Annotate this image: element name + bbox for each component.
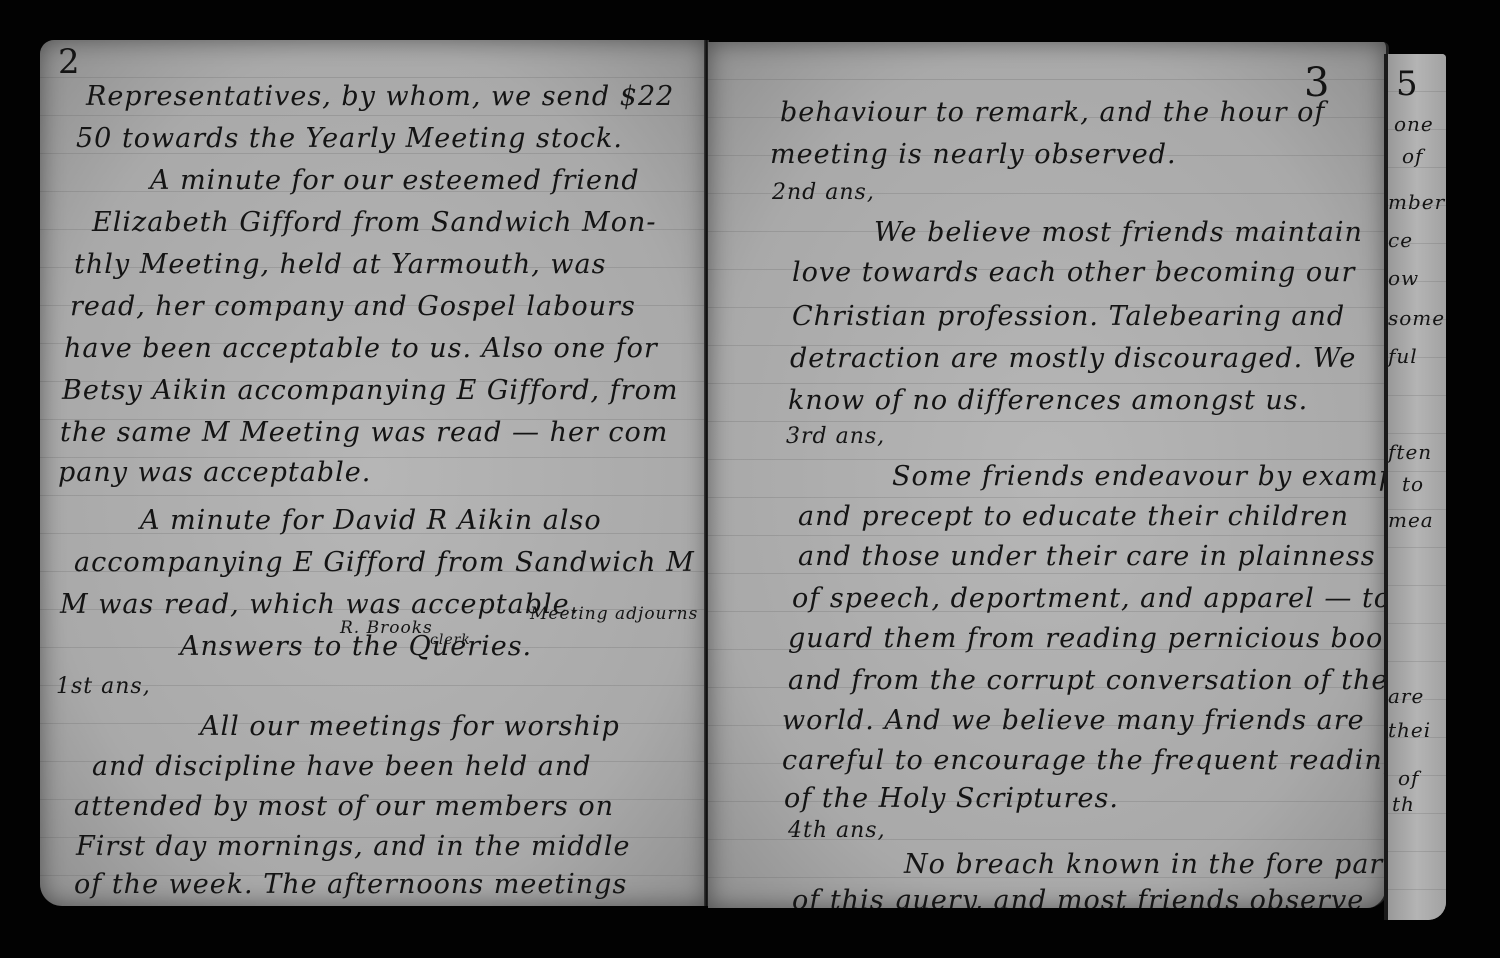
text-line: Christian profession. Talebearing and [792, 298, 1345, 336]
text-line: accompanying E Gifford from Sandwich M [74, 544, 695, 582]
text-fragment: of [1402, 144, 1423, 168]
text-line: 50 towards the Yearly Meeting stock. [76, 120, 623, 158]
text-fragment: th [1392, 792, 1415, 816]
text-line: Elizabeth Gifford from Sandwich Mon- [92, 204, 656, 242]
text-line: meeting is nearly observed. [770, 136, 1177, 174]
next-page-edge: 5 one of mber ce ow some ful ften to mea… [1384, 54, 1446, 920]
text-line: world. And we believe many friends are [782, 702, 1365, 740]
text-line: of the week. The afternoons meetings [74, 866, 627, 904]
answer-label: 4th ans, [788, 812, 886, 850]
text-line: We believe most friends maintain [874, 214, 1363, 252]
text-fragment: are [1388, 684, 1424, 708]
text-line: No breach known in the fore part [904, 846, 1389, 884]
right-page: 3 behaviour to remark, and the hour of m… [708, 42, 1389, 908]
text-line: read, her company and Gospel labours [70, 288, 636, 326]
text-line: M was read, which was acceptable. [60, 586, 579, 624]
text-line: and precept to educate their children [798, 498, 1349, 536]
text-line: Representatives, by whom, we send $22 [86, 78, 674, 116]
text-line: guard them from reading pernicious books… [788, 620, 1389, 658]
text-fragment: ften [1388, 440, 1432, 464]
text-line: pany was acceptable. [58, 454, 371, 492]
answer-label: 1st ans, [56, 668, 151, 706]
text-line: and from the corrupt conversation of the [788, 662, 1388, 700]
text-line: Some friends endeavour by example [892, 458, 1389, 496]
text-line: All our meetings for worship [200, 708, 620, 746]
text-line: and those under their care in plainness [798, 538, 1376, 576]
answer-label: 3rd ans, [786, 418, 885, 456]
text-fragment: thei [1388, 718, 1431, 742]
left-page: 2 Representatives, by whom, we send $22 … [40, 40, 708, 906]
text-fragment: ful [1388, 344, 1418, 368]
text-line: A minute for our esteemed friend [150, 162, 640, 200]
page-number-left: 2 [58, 42, 81, 82]
text-line: know of no differences amongst us. [788, 382, 1308, 420]
text-line: detraction are mostly discouraged. We [790, 340, 1356, 378]
text-line: love towards each other becoming our [792, 254, 1355, 292]
text-line: and discipline have been held and [92, 748, 592, 786]
text-fragment: some [1388, 306, 1445, 330]
text-line: A minute for David R Aikin also [140, 502, 602, 540]
text-line: careful to encourage the frequent readin… [782, 742, 1389, 780]
text-line: Betsy Aikin accompanying E Gifford, from [62, 372, 678, 410]
text-line: are neglected by many. No unbecoming [70, 902, 648, 906]
text-fragment: of [1398, 766, 1419, 790]
section-heading: Answers to the Queries. [180, 628, 532, 666]
text-fragment: mea [1388, 508, 1434, 532]
text-line: thly Meeting, held at Yarmouth, was [74, 246, 606, 284]
text-line: of this query, and most friends observe [792, 882, 1364, 908]
document-scan: 2 Representatives, by whom, we send $22 … [0, 0, 1500, 958]
page-number-next: 5 [1396, 64, 1419, 104]
text-line: of speech, deportment, and apparel — to [792, 580, 1389, 618]
answer-label: 2nd ans, [772, 174, 875, 212]
text-line: have been acceptable to us. Also one for [64, 330, 658, 368]
text-line: First day mornings, and in the middle [76, 828, 630, 866]
text-line: attended by most of our members on [74, 788, 614, 826]
text-fragment: one [1394, 112, 1434, 136]
adjournment-note: Meeting adjourns [530, 604, 698, 624]
text-fragment: to [1402, 472, 1424, 496]
text-fragment: mber [1388, 190, 1445, 214]
text-fragment: ow [1388, 266, 1419, 290]
text-line: behaviour to remark, and the hour of [780, 94, 1325, 132]
text-fragment: ce [1388, 228, 1413, 252]
text-line: the same M Meeting was read — her com [60, 414, 668, 452]
